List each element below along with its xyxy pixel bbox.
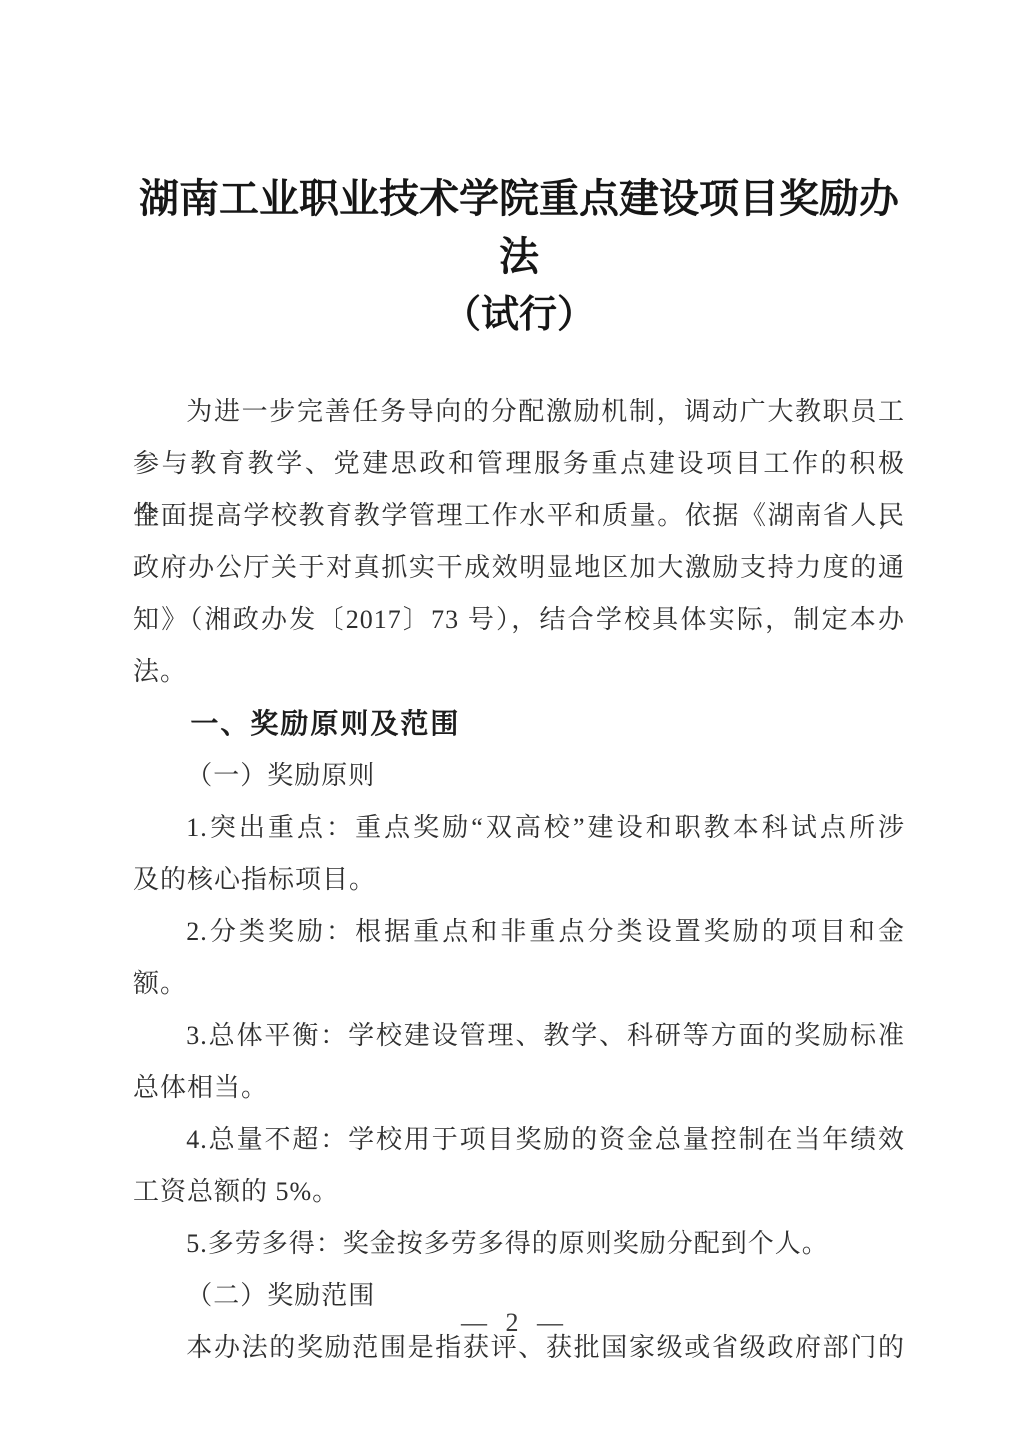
text-line: 全面提高学校教育教学管理工作水平和质量。依据《湖南省人民 bbox=[133, 490, 905, 542]
text-line: 参与教育教学、党建思政和管理服务重点建设项目工作的积极性， bbox=[133, 438, 905, 490]
text-line: 法。 bbox=[133, 646, 905, 698]
title-line-2: （试行） bbox=[133, 286, 905, 344]
text-line: 3.总体平衡：学校建设管理、教学、科研等方面的奖励标准 bbox=[133, 1010, 905, 1062]
text-line: 4.总量不超：学校用于项目奖励的资金总量控制在当年绩效 bbox=[133, 1114, 905, 1166]
text-line: 政府办公厅关于对真抓实干成效明显地区加大激励支持力度的通 bbox=[133, 542, 905, 594]
document-body: 为进一步完善任务导向的分配激励机制，调动广大教职员工 参与教育教学、党建思政和管… bbox=[133, 386, 905, 1374]
section-heading: 一、奖励原则及范围 bbox=[133, 698, 905, 750]
text-line: 5.多劳多得：奖金按多劳多得的原则奖励分配到个人。 bbox=[133, 1218, 905, 1270]
text-line: 额。 bbox=[133, 958, 905, 1010]
text-line: 及的核心指标项目。 bbox=[133, 854, 905, 906]
document-page: 湖南工业职业技术学院重点建设项目奖励办法 （试行） 为进一步完善任务导向的分配激… bbox=[0, 0, 1024, 1448]
text-line: 为进一步完善任务导向的分配激励机制，调动广大教职员工 bbox=[133, 386, 905, 438]
subsection-heading: （一）奖励原则 bbox=[133, 750, 905, 802]
text-line: 知》（湘政办发〔2017〕73 号），结合学校具体实际，制定本办 bbox=[133, 594, 905, 646]
page-number: — 2 — bbox=[0, 1308, 1024, 1338]
text-line: 总体相当。 bbox=[133, 1062, 905, 1114]
document-content: 湖南工业职业技术学院重点建设项目奖励办法 （试行） 为进一步完善任务导向的分配激… bbox=[133, 0, 905, 1374]
title-line-1: 湖南工业职业技术学院重点建设项目奖励办法 bbox=[133, 170, 905, 286]
text-line: 工资总额的 5%。 bbox=[133, 1166, 905, 1218]
text-line: 2.分类奖励：根据重点和非重点分类设置奖励的项目和金 bbox=[133, 906, 905, 958]
text-line: 1.突出重点：重点奖励“双高校”建设和职教本科试点所涉 bbox=[133, 802, 905, 854]
document-title: 湖南工业职业技术学院重点建设项目奖励办法 （试行） bbox=[133, 170, 905, 344]
